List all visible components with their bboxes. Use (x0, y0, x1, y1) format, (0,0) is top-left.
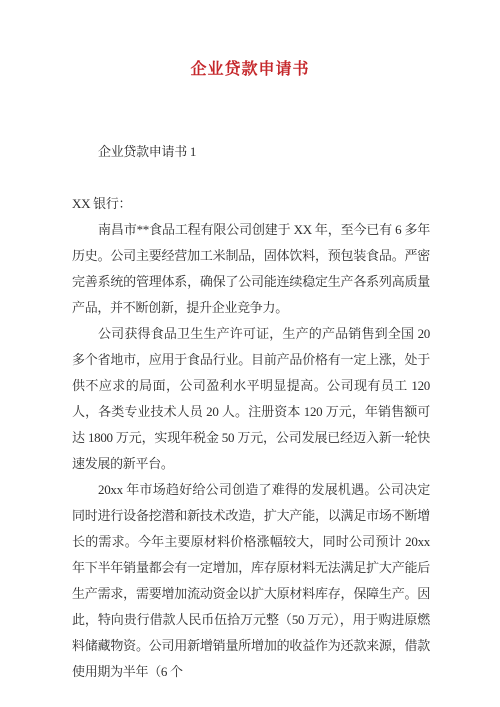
body-paragraph-3: 20xx 年市场趋好给公司创造了难得的发展机遇。公司决定同时进行设备挖潜和新技术… (72, 477, 430, 685)
document-subtitle: 企业贷款申请书 1 (72, 139, 430, 165)
document-title: 企业贷款申请书 (0, 0, 500, 82)
salutation-line: XX 银行： (72, 191, 430, 217)
document-page: 企业贷款申请书 企业贷款申请书 1 XX 银行： 南昌市**食品工程有限公司创建… (0, 0, 500, 707)
body-paragraph-1: 南昌市**食品工程有限公司创建于 XX 年，至今已有 6 多年历史。公司主要经营… (72, 217, 430, 321)
document-body: 企业贷款申请书 1 XX 银行： 南昌市**食品工程有限公司创建于 XX 年，至… (72, 139, 430, 685)
body-paragraph-2: 公司获得食品卫生生产许可证，生产的产品销售到全国 20 多个省地市，应用于食品行… (72, 321, 430, 477)
